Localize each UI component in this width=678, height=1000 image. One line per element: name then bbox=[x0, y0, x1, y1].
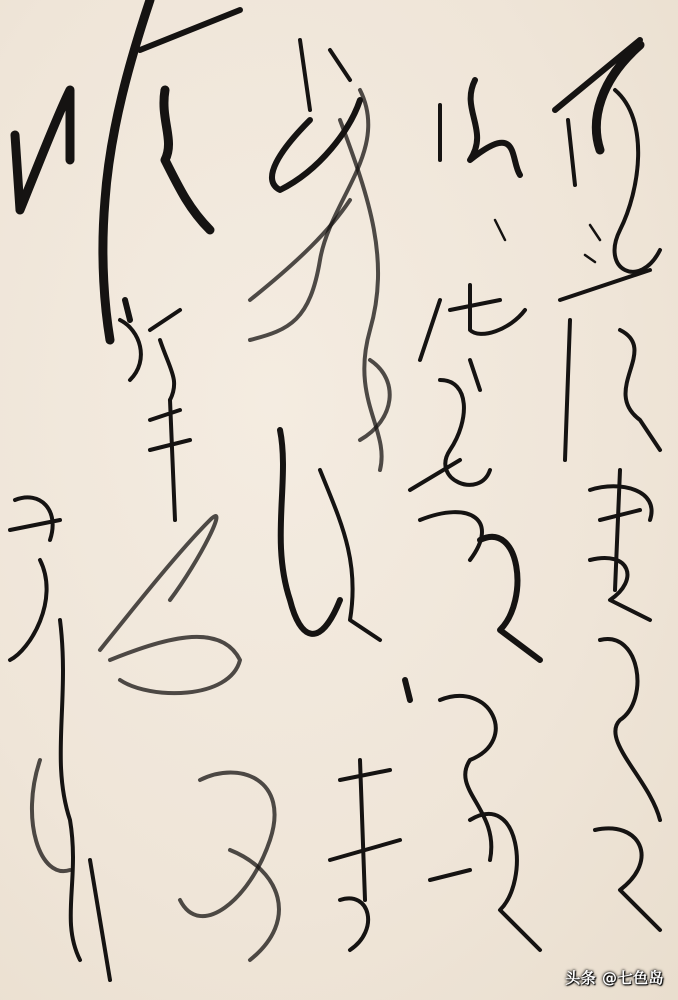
watermark: 头条 @七色岛 bbox=[565, 967, 664, 988]
column-2-strokes bbox=[410, 80, 540, 950]
column-1-strokes bbox=[555, 40, 660, 930]
calligraphy-artwork: 头条 @七色岛 bbox=[0, 0, 678, 1000]
column-5-strokes bbox=[10, 90, 110, 980]
calligraphy-strokes bbox=[0, 0, 678, 1000]
column-4-strokes bbox=[100, 0, 279, 960]
